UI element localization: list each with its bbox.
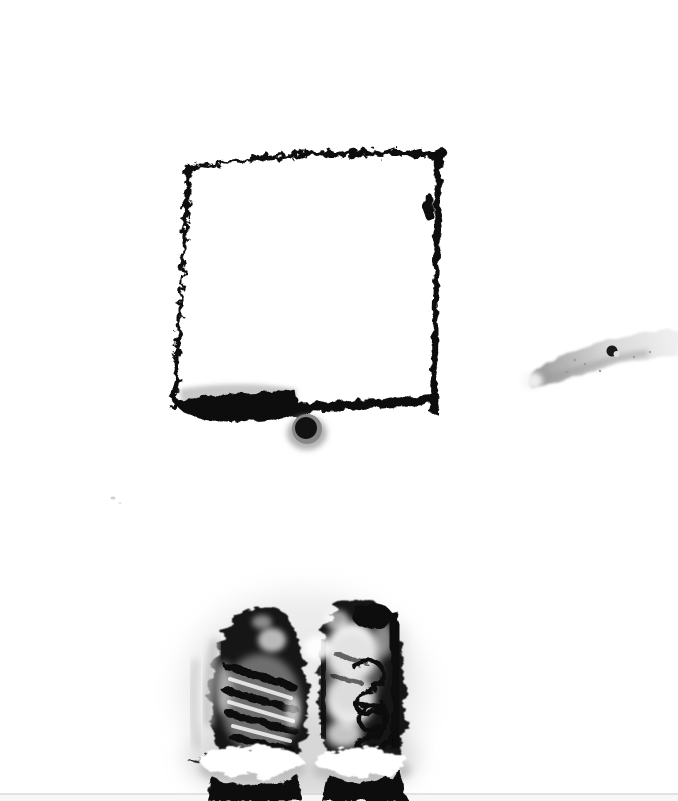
right-boot: [313, 601, 411, 801]
snow-photo: [0, 0, 678, 801]
box-edge-notch: [424, 193, 434, 221]
between-toes-snow: [304, 636, 332, 660]
pipe-fleck: [566, 371, 569, 374]
right-boot-fur-cuff: [315, 748, 409, 776]
pipe-fleck: [584, 363, 587, 366]
pipe-fleck: [599, 370, 601, 372]
pipe-tip-snow: [521, 372, 543, 390]
left-boot-snow-dusting: [258, 628, 286, 652]
pipe-fleck: [633, 356, 635, 358]
pipe-fleck: [649, 351, 651, 353]
right-boot-dark-edge: [391, 612, 398, 748]
left-boot-fur-cuff: [200, 746, 302, 776]
box-knob: [295, 417, 317, 439]
pipe-spot-highlight: [614, 351, 620, 357]
snow-speck-faint: [118, 502, 121, 504]
pipe-fleck: [574, 359, 576, 361]
right-boot-toe-snow: [325, 610, 349, 630]
photo-canvas: [0, 0, 678, 801]
right-boot-toe-tip: [352, 603, 392, 629]
left-boot-toe-snow: [252, 615, 272, 629]
left-boot-right-snow: [286, 696, 300, 728]
snow-speck: [111, 497, 116, 500]
